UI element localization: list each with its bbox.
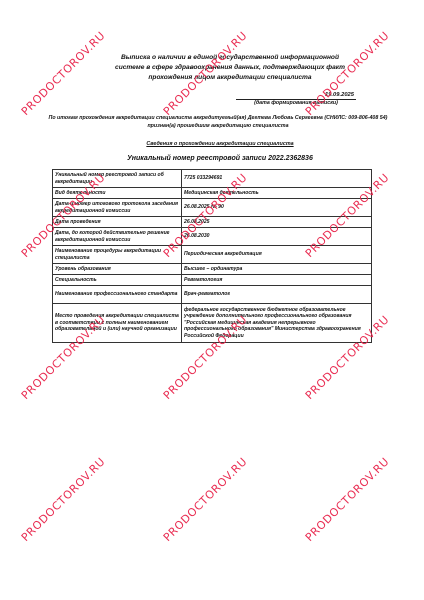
row-key: Дата проведения xyxy=(53,217,182,228)
title-line-1: Выписка о наличии в единой государственн… xyxy=(80,53,380,63)
row-key: Уникальный номер реестровой записи об ак… xyxy=(53,170,182,188)
row-key: Место проведения аккредитации специалист… xyxy=(53,304,182,343)
row-value: Ревматология xyxy=(182,275,372,286)
table-row: СпециальностьРевматология xyxy=(53,275,372,286)
row-value: 7725 033294691 xyxy=(182,170,372,188)
row-value: федеральное государственное бюджетное об… xyxy=(182,304,372,343)
watermark: PRODOCTOROV.RU xyxy=(19,455,108,544)
table-row: Наименование профессионального стандарта… xyxy=(53,286,372,304)
table-row: Уровень образованияВысшее – ординатура xyxy=(53,264,372,275)
row-key: Дата, до которой действительно решение а… xyxy=(53,228,182,246)
title-line-3: прохождения лицом аккредитации специалис… xyxy=(80,73,380,83)
watermark: PRODOCTOROV.RU xyxy=(161,455,250,544)
row-value: Высшее – ординатура xyxy=(182,264,372,275)
section-heading: Сведения о прохождении аккредитации спец… xyxy=(100,141,340,147)
document-page: Выписка о наличии в единой государственн… xyxy=(0,0,424,600)
issue-date: 19.09.2025 xyxy=(236,92,356,100)
table-row: Уникальный номер реестровой записи об ак… xyxy=(53,170,372,188)
table-row: Дата проведения26.08.2025 xyxy=(53,217,372,228)
row-value: 26.08.2025 xyxy=(182,217,372,228)
row-value: Врач-ревматолог xyxy=(182,286,372,304)
registry-number-heading: Уникальный номер реестровой записи 2022.… xyxy=(90,155,350,162)
watermark: PRODOCTOROV.RU xyxy=(303,455,392,544)
issue-date-caption: (дата формирования выписки) xyxy=(236,100,356,107)
row-key: Дата и номер итогового протокола заседан… xyxy=(53,199,182,217)
issue-date-block: 19.09.2025 (дата формирования выписки) xyxy=(236,92,356,107)
document-title: Выписка о наличии в единой государственн… xyxy=(80,53,380,83)
row-key: Наименование процедуры аккредитации спец… xyxy=(53,246,182,264)
row-key: Наименование профессионального стандарта xyxy=(53,286,182,304)
table-row: Дата и номер итогового протокола заседан… xyxy=(53,199,372,217)
table-row: Наименование процедуры аккредитации спец… xyxy=(53,246,372,264)
intro-paragraph: По итогам прохождения аккредитации специ… xyxy=(48,114,388,130)
table-row: Дата, до которой действительно решение а… xyxy=(53,228,372,246)
row-value: 26.08.2030 xyxy=(182,228,372,246)
table-row: Вид деятельностиМедицинская деятельность xyxy=(53,188,372,199)
row-value: 26.08.2025 № 90 xyxy=(182,199,372,217)
row-key: Вид деятельности xyxy=(53,188,182,199)
accreditation-table: Уникальный номер реестровой записи об ак… xyxy=(52,169,372,343)
table-row: Место проведения аккредитации специалист… xyxy=(53,304,372,343)
row-value: Медицинская деятельность xyxy=(182,188,372,199)
row-value: Периодическая аккредитация xyxy=(182,246,372,264)
row-key: Уровень образования xyxy=(53,264,182,275)
row-key: Специальность xyxy=(53,275,182,286)
title-line-2: системе в сфере здравоохранения данных, … xyxy=(80,63,380,73)
